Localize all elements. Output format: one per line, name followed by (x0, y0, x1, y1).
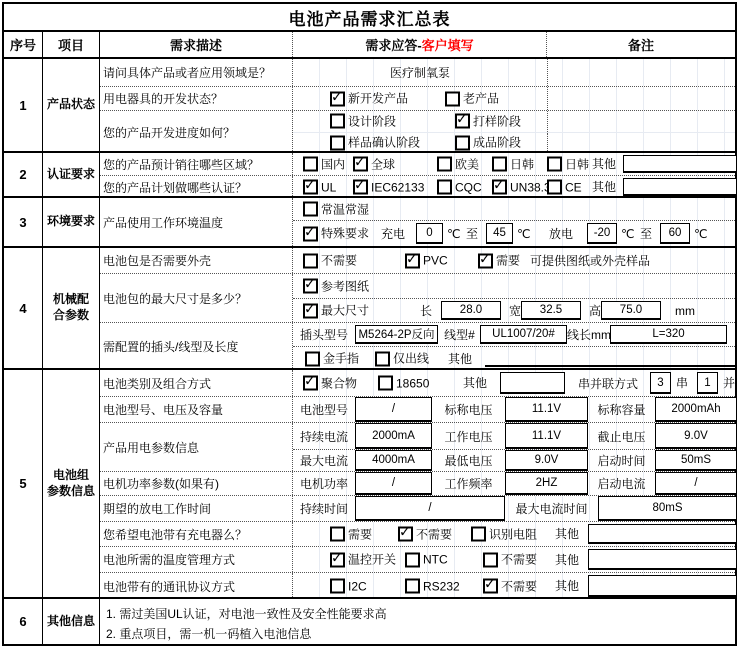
checkbox-polymer[interactable]: 聚合物 (303, 376, 357, 391)
mm-unit: mm (675, 305, 695, 317)
checkbox-domestic[interactable]: 国内 (303, 157, 345, 172)
checkbox-icon[interactable] (483, 552, 498, 567)
checkbox-icon[interactable] (303, 303, 318, 318)
charge-label: 充电 (381, 228, 405, 240)
checkbox-label: 聚合物 (321, 377, 357, 389)
row4-no: 4 (4, 248, 43, 368)
plug-model-input[interactable]: M5264-2P反向 (355, 325, 438, 344)
checkbox-label: PVC (423, 255, 448, 267)
checkbox-prototype-stage[interactable]: 打样阶段 (455, 114, 521, 129)
checkbox-case-needed[interactable]: 需要 (478, 253, 520, 268)
wire-length-label: 线长mm (568, 323, 610, 346)
charge-max-input[interactable]: 45 (486, 223, 513, 244)
cutoff-voltage-label: 截止电压 (588, 423, 655, 449)
checkbox-icon[interactable] (398, 527, 413, 542)
width-label: 宽 (509, 305, 521, 317)
header-answer: 需求应答-客户填写 (293, 32, 547, 57)
checkbox-max-size[interactable]: 最大尺寸 (303, 303, 369, 318)
checkbox-icon[interactable] (305, 351, 320, 366)
checkbox-old-product[interactable]: 老产品 (445, 91, 499, 106)
checkbox-label: 常温常湿 (321, 203, 369, 215)
degree-unit: ℃ (447, 228, 460, 240)
working-voltage-label: 工作电压 (432, 423, 505, 449)
checkbox-comm-noneed[interactable]: 不需要 (483, 579, 537, 594)
checkbox-label: 新开发产品 (348, 93, 408, 105)
checkbox-label: 全球 (371, 158, 395, 170)
checkbox-icon[interactable] (330, 91, 345, 106)
checkbox-icon[interactable] (378, 376, 393, 391)
other-temp-input[interactable] (588, 549, 737, 570)
question-cell-type: 电池类别及组合方式 (100, 370, 293, 396)
series-unit: 串 (676, 377, 688, 389)
checkbox-wire-only[interactable]: 仅出线 (375, 351, 429, 366)
checkbox-icon[interactable] (330, 527, 345, 542)
checkbox-label: 欧美 (455, 158, 479, 170)
question-plug-wire: 需配置的插头/线型及长度 (100, 323, 293, 370)
checkbox-id-resistor[interactable]: 识别电阻 (471, 527, 537, 542)
checkbox-label: 需要 (348, 528, 372, 540)
checkbox-icon[interactable] (330, 114, 345, 129)
header-remark: 备注 (547, 32, 735, 57)
height-label: 高 (589, 305, 601, 317)
answer-model-voltage: 电池型号 / 标称电压 11.1V 标称容量 2000mAh (293, 397, 735, 422)
to-label: 至 (640, 228, 652, 240)
checkbox-label: 老产品 (463, 93, 499, 105)
checkbox-label: UL (321, 181, 336, 193)
answer-dev-progress-1: 设计阶段 打样阶段 (293, 111, 735, 132)
checkbox-normal-temp[interactable]: 常温常湿 (303, 202, 369, 217)
max-current-time-input[interactable]: 80mS (598, 496, 737, 521)
checkbox-pvc[interactable]: PVC (405, 253, 448, 268)
max-current-input[interactable]: 4000mA (355, 450, 432, 471)
answer-temp-management: 温控开关 NTC 不需要 其他 (293, 547, 735, 572)
checkbox-icon[interactable] (455, 135, 470, 150)
other-label: 其他 (448, 353, 472, 365)
checkbox-label: 需要 (496, 255, 520, 267)
degree-unit: ℃ (694, 228, 707, 240)
question-max-size: 电池包的最大尺寸是多少？ (100, 274, 293, 322)
other-info-line2: 2. 重点项目，需一机一码植入电池信息 (106, 624, 735, 644)
discharge-label: 放电 (549, 228, 573, 240)
series-parallel-label: 串并联方式 (568, 370, 648, 396)
checkbox-label: 温控开关 (348, 554, 396, 566)
checkbox-japan-korea-1[interactable]: 日韩 (492, 157, 534, 172)
answer-power-params-1: 持续电流 2000mA 工作电压 11.1V 截止电压 9.0V (293, 423, 735, 449)
checkbox-charger-noneed[interactable]: 不需要 (398, 527, 452, 542)
checkbox-rs232[interactable]: RS232 (405, 579, 460, 594)
checkbox-label: I2C (348, 580, 367, 592)
application-field-value[interactable]: 医疗制氧泵 (293, 67, 547, 79)
header-answer-red: 客户填写 (422, 35, 474, 54)
other-label: 其他 (592, 181, 616, 193)
checkbox-label: 最大尺寸 (321, 305, 369, 317)
motor-power-label: 电机功率 (293, 472, 355, 495)
row2-item: 认证要求 (43, 153, 100, 196)
parallel-count-input[interactable]: 1 (697, 372, 718, 394)
length-input[interactable]: 28.0 (441, 301, 501, 320)
checkbox-icon[interactable] (303, 253, 318, 268)
question-sales-region: 您的产品预计销往哪些区域？ (100, 153, 293, 175)
degree-unit: ℃ (517, 228, 530, 240)
discharge-max-input[interactable]: 60 (660, 223, 690, 244)
checkbox-label: CE (565, 181, 582, 193)
checkbox-thermal-switch[interactable]: 温控开关 (330, 552, 396, 567)
checkbox-label: 不需要 (321, 255, 357, 267)
answer-sales-region: 国内 全球 欧美 日韩 日韩 其他 (293, 153, 735, 175)
wire-type-input[interactable]: UL1007/20# (480, 325, 567, 344)
row-certification: 2 认证要求 您的产品预计销往哪些区域？ 国内 全球 欧美 日韩 日韩 其他 您… (4, 151, 735, 196)
checkbox-label: 日韩 (510, 158, 534, 170)
checkbox-ul[interactable]: UL (303, 180, 336, 195)
checkbox-label: 样品确认阶段 (348, 137, 420, 149)
other-label: 其他 (555, 554, 579, 566)
question-temp-management: 电池所需的温度管理方式 (100, 547, 293, 572)
checkbox-label: 不需要 (501, 580, 537, 592)
row5-item: 电池组 参数信息 (43, 370, 100, 597)
checkbox-no-case[interactable]: 不需要 (303, 253, 357, 268)
checkbox-japan-korea-2[interactable]: 日韩 (547, 157, 589, 172)
checkbox-label: NTC (423, 554, 448, 566)
checkbox-icon[interactable] (405, 579, 420, 594)
nominal-capacity-input[interactable]: 2000mAh (655, 397, 737, 422)
answer-power-params-2: 最大电流 4000mA 最低电压 9.0V 启动时间 50mS (293, 449, 735, 471)
max-current-time-label: 最大电流时间 (505, 496, 598, 521)
checkbox-icon[interactable] (455, 114, 470, 129)
answer-remark-divider (547, 133, 548, 154)
checkbox-label: 不需要 (501, 554, 537, 566)
working-voltage-input[interactable]: 11.1V (505, 423, 588, 449)
question-power-params: 产品用电参数信息 (100, 423, 293, 471)
checkbox-label: 参考图纸 (321, 280, 369, 292)
duration-input[interactable]: / (355, 496, 505, 521)
checkbox-icon[interactable] (478, 253, 493, 268)
row4-item: 机械配 合参数 (43, 248, 100, 368)
row1-no: 1 (4, 59, 43, 151)
checkbox-icon[interactable] (303, 376, 318, 391)
answer-plug-options: 金手指 仅出线 其他 (293, 346, 735, 370)
cell-model-label: 电池型号 (293, 397, 355, 422)
title-row: 电池产品需求汇总表 (4, 4, 735, 30)
other-charger-input[interactable] (588, 524, 737, 544)
duration-label: 持续时间 (293, 496, 355, 521)
row2-no: 2 (4, 153, 43, 196)
answer-max-size: 最大尺寸 长 28.0 宽 32.5 高 75.0 mm (293, 298, 735, 322)
discharge-min-input[interactable]: -20 (587, 223, 617, 244)
width-input[interactable]: 32.5 (521, 301, 581, 320)
row-other-info: 6 其他信息 1. 需过美国UL认证，对电池一致性及安全性能要求高 2. 重点项… (4, 597, 735, 644)
answer-remark-divider (547, 111, 548, 132)
checkbox-design-stage[interactable]: 设计阶段 (330, 114, 396, 129)
working-freq-input[interactable]: 2HZ (505, 472, 588, 495)
question-application-field: 请问具体产品或者应用领域是？ (100, 59, 293, 86)
question-comm-protocol: 电池带有的通讯协议方式 (100, 573, 293, 599)
checkbox-label: 打样阶段 (473, 115, 521, 127)
max-current-label: 最大电流 (293, 450, 355, 471)
checkbox-label: 特殊要求 (321, 228, 369, 240)
parallel-unit: 并 (723, 377, 735, 389)
checkbox-icon[interactable] (303, 202, 318, 217)
header-desc: 需求描述 (100, 32, 293, 57)
checkbox-global[interactable]: 全球 (353, 157, 395, 172)
checkbox-icon[interactable] (303, 226, 318, 241)
checkbox-label: CQC (455, 181, 482, 193)
checkbox-icon[interactable] (492, 180, 507, 195)
question-model-voltage: 电池型号、电压及容量 (100, 397, 293, 422)
answer-case-needed: 不需要 PVC 需要 可提供图纸或外壳样品 (293, 248, 735, 273)
other-label: 其他 (555, 580, 579, 592)
other-label: 其他 (463, 377, 487, 389)
checkbox-label: 仅出线 (393, 353, 429, 365)
checkbox-icon[interactable] (547, 157, 562, 172)
cutoff-voltage-input[interactable]: 9.0V (655, 423, 737, 449)
checkbox-ref-drawing[interactable]: 参考图纸 (303, 279, 369, 294)
row3-item: 环境要求 (43, 198, 100, 246)
startup-time-input[interactable]: 50mS (655, 450, 737, 471)
nominal-capacity-label: 标称容量 (588, 397, 655, 422)
checkbox-label: RS232 (423, 580, 460, 592)
min-voltage-label: 最低电压 (432, 450, 505, 471)
battery-requirements-form: 电池产品需求汇总表 序号 项目 需求描述 需求应答-客户填写 备注 1 产品状态… (0, 0, 739, 648)
question-environment-temp: 产品使用工作环境温度 (100, 198, 293, 246)
checkbox-icon[interactable] (330, 579, 345, 594)
checkbox-icon[interactable] (375, 351, 390, 366)
row6-item: 其他信息 (43, 599, 100, 644)
answer-dev-status: 新开发产品 老产品 (293, 87, 735, 110)
checkbox-label: IEC62133 (371, 181, 424, 193)
header-answer-prefix: 需求应答- (365, 35, 421, 54)
header-no: 序号 (4, 32, 43, 57)
checkbox-label: 国内 (321, 158, 345, 170)
checkbox-temp-noneed[interactable]: 不需要 (483, 552, 537, 567)
checkbox-icon[interactable] (492, 157, 507, 172)
checkbox-icon[interactable] (483, 579, 498, 594)
to-label: 至 (466, 228, 478, 240)
degree-unit: ℃ (621, 228, 634, 240)
plug-model-label: 插头型号 (293, 323, 355, 346)
question-case-needed: 电池包是否需要外壳 (100, 248, 293, 273)
answer-comm-protocol: I2C RS232 不需要 其他 (293, 573, 735, 599)
other-label: 其他 (592, 158, 616, 170)
checkbox-icon[interactable] (437, 180, 452, 195)
row5-no: 5 (4, 370, 43, 597)
checkbox-label: 成品阶段 (473, 137, 521, 149)
startup-current-label: 启动电流 (588, 472, 655, 495)
checkbox-special-temp[interactable]: 特殊要求 (303, 226, 369, 241)
row-environment: 3 环境要求 产品使用工作环境温度 常温常湿 特殊要求 充电 0 ℃ 至 45 (4, 196, 735, 246)
answer-discharge-time: 持续时间 / 最大电流时间 80mS (293, 496, 735, 521)
checkbox-icon[interactable] (405, 552, 420, 567)
checkbox-eu-us[interactable]: 欧美 (437, 157, 479, 172)
other-comm-input[interactable] (588, 575, 737, 597)
working-freq-label: 工作频率 (432, 472, 505, 495)
checkbox-icon[interactable] (330, 135, 345, 150)
wire-length-input[interactable]: L=320 (610, 325, 727, 344)
min-voltage-input[interactable]: 9.0V (505, 450, 588, 471)
answer-certifications: UL IEC62133 CQC UN38.3 CE 其他 (293, 176, 735, 198)
checkbox-sample-confirm-stage[interactable]: 样品确认阶段 (330, 135, 420, 150)
length-label: 长 (420, 305, 432, 317)
checkbox-final-stage[interactable]: 成品阶段 (455, 135, 521, 150)
answer-remark-divider (547, 87, 548, 110)
answer-charger: 需要 不需要 识别电阻 其他 (293, 522, 735, 546)
checkbox-ntc[interactable]: NTC (405, 552, 448, 567)
checkbox-un383[interactable]: UN38.3 (492, 180, 551, 195)
other-info-line1: 1. 需过美国UL认证，对电池一致性及安全性能要求高 (106, 604, 735, 624)
question-certifications: 您的产品计划做哪些认证？ (100, 176, 293, 198)
checkbox-icon[interactable] (547, 180, 562, 195)
answer-cell-type: 聚合物 18650 其他 串并联方式 3 串 1 并 (293, 370, 735, 396)
form-table: 电池产品需求汇总表 序号 项目 需求描述 需求应答-客户填写 备注 1 产品状态… (2, 2, 737, 646)
other-info-content[interactable]: 1. 需过美国UL认证，对电池一致性及安全性能要求高 2. 重点项目，需一机一码… (100, 599, 735, 644)
checkbox-icon[interactable] (353, 157, 368, 172)
answer-motor-power: 电机功率 / 工作频率 2HZ 启动电流 / (293, 472, 735, 495)
checkbox-icon[interactable] (330, 552, 345, 567)
row6-no: 6 (4, 599, 43, 644)
answer-dev-progress-2: 样品确认阶段 成品阶段 (293, 132, 735, 154)
checkbox-label: UN38.3 (510, 181, 551, 193)
question-dev-status: 用电器具的开发状态？ (100, 87, 293, 110)
checkbox-gold-finger[interactable]: 金手指 (305, 351, 359, 366)
answer-remark-divider (547, 59, 548, 86)
checkbox-label: 不需要 (416, 528, 452, 540)
series-count-input[interactable]: 3 (650, 372, 671, 394)
checkbox-icon[interactable] (445, 91, 460, 106)
header-item: 项目 (43, 32, 100, 57)
charge-min-input[interactable]: 0 (416, 223, 443, 244)
checkbox-label: 识别电阻 (489, 528, 537, 540)
answer-plug-model: 插头型号 M5264-2P反向 线型# UL1007/20# 线长mm L=32… (293, 323, 735, 346)
checkbox-label: 18650 (396, 377, 429, 389)
answer-normal-temp: 常温常湿 (293, 198, 735, 220)
height-input[interactable]: 75.0 (601, 301, 661, 320)
checkbox-icon[interactable] (471, 527, 486, 542)
row-product-status: 1 产品状态 请问具体产品或者应用领域是？ 医疗制氧泵 用电器具的开发状态？ 新… (4, 57, 735, 151)
startup-current-input[interactable]: / (655, 472, 737, 495)
checkbox-new-product[interactable]: 新开发产品 (330, 91, 408, 106)
question-dev-progress: 您的产品开发进度如何？ (100, 111, 293, 153)
answer-ref-drawing: 参考图纸 (293, 274, 735, 298)
checkbox-icon[interactable] (437, 157, 452, 172)
checkbox-i2c[interactable]: I2C (330, 579, 367, 594)
checkbox-ce[interactable]: CE (547, 180, 582, 195)
checkbox-label: 设计阶段 (348, 115, 396, 127)
motor-power-input[interactable]: / (355, 472, 432, 495)
question-discharge-time: 期望的放电工作时间 (100, 496, 293, 521)
row-battery-params: 5 电池组 参数信息 电池类别及组合方式 聚合物 18650 其他 串并联方式 … (4, 368, 735, 597)
checkbox-18650[interactable]: 18650 (378, 376, 429, 391)
other-label: 其他 (555, 528, 579, 540)
other-cell-type-input[interactable] (500, 372, 565, 394)
checkbox-charger-need[interactable]: 需要 (330, 527, 372, 542)
checkbox-cqc[interactable]: CQC (437, 180, 482, 195)
answer-special-temp: 特殊要求 充电 0 ℃ 至 45 ℃ 放电 -20 ℃ 至 60 ℃ (293, 220, 735, 246)
cell-model-input[interactable]: / (355, 397, 432, 422)
checkbox-icon[interactable] (405, 253, 420, 268)
row1-item: 产品状态 (43, 59, 100, 151)
page-title: 电池产品需求汇总表 (289, 5, 451, 30)
checkbox-label: 金手指 (323, 353, 359, 365)
row3-no: 3 (4, 198, 43, 246)
checkbox-icon[interactable] (303, 180, 318, 195)
header-row: 序号 项目 需求描述 需求应答-客户填写 备注 (4, 30, 735, 57)
wire-type-label: 线型# (439, 323, 480, 346)
nominal-voltage-input[interactable]: 11.1V (505, 397, 588, 422)
cont-current-input[interactable]: 2000mA (355, 423, 432, 449)
other-cert-input[interactable] (623, 178, 737, 196)
nominal-voltage-label: 标称电压 (432, 397, 505, 422)
question-charger: 您希望电池带有充电器么？ (100, 522, 293, 546)
question-motor-power: 电机功率参数(如果有) (100, 472, 293, 495)
startup-time-label: 启动时间 (588, 450, 655, 471)
checkbox-icon[interactable] (353, 180, 368, 195)
checkbox-icon[interactable] (303, 279, 318, 294)
row-mechanical: 4 机械配 合参数 电池包是否需要外壳 不需要 PVC 需要 可提供图纸或外壳样… (4, 246, 735, 368)
cont-current-label: 持续电流 (293, 423, 355, 449)
checkbox-label: 日韩 (565, 158, 589, 170)
other-region-input[interactable] (623, 155, 737, 173)
answer-application-field: 医疗制氧泵 (293, 59, 735, 86)
checkbox-icon[interactable] (303, 157, 318, 172)
case-note: 可提供图纸或外壳样品 (530, 255, 650, 267)
other-plug-input[interactable] (485, 365, 735, 367)
checkbox-iec62133[interactable]: IEC62133 (353, 180, 424, 195)
